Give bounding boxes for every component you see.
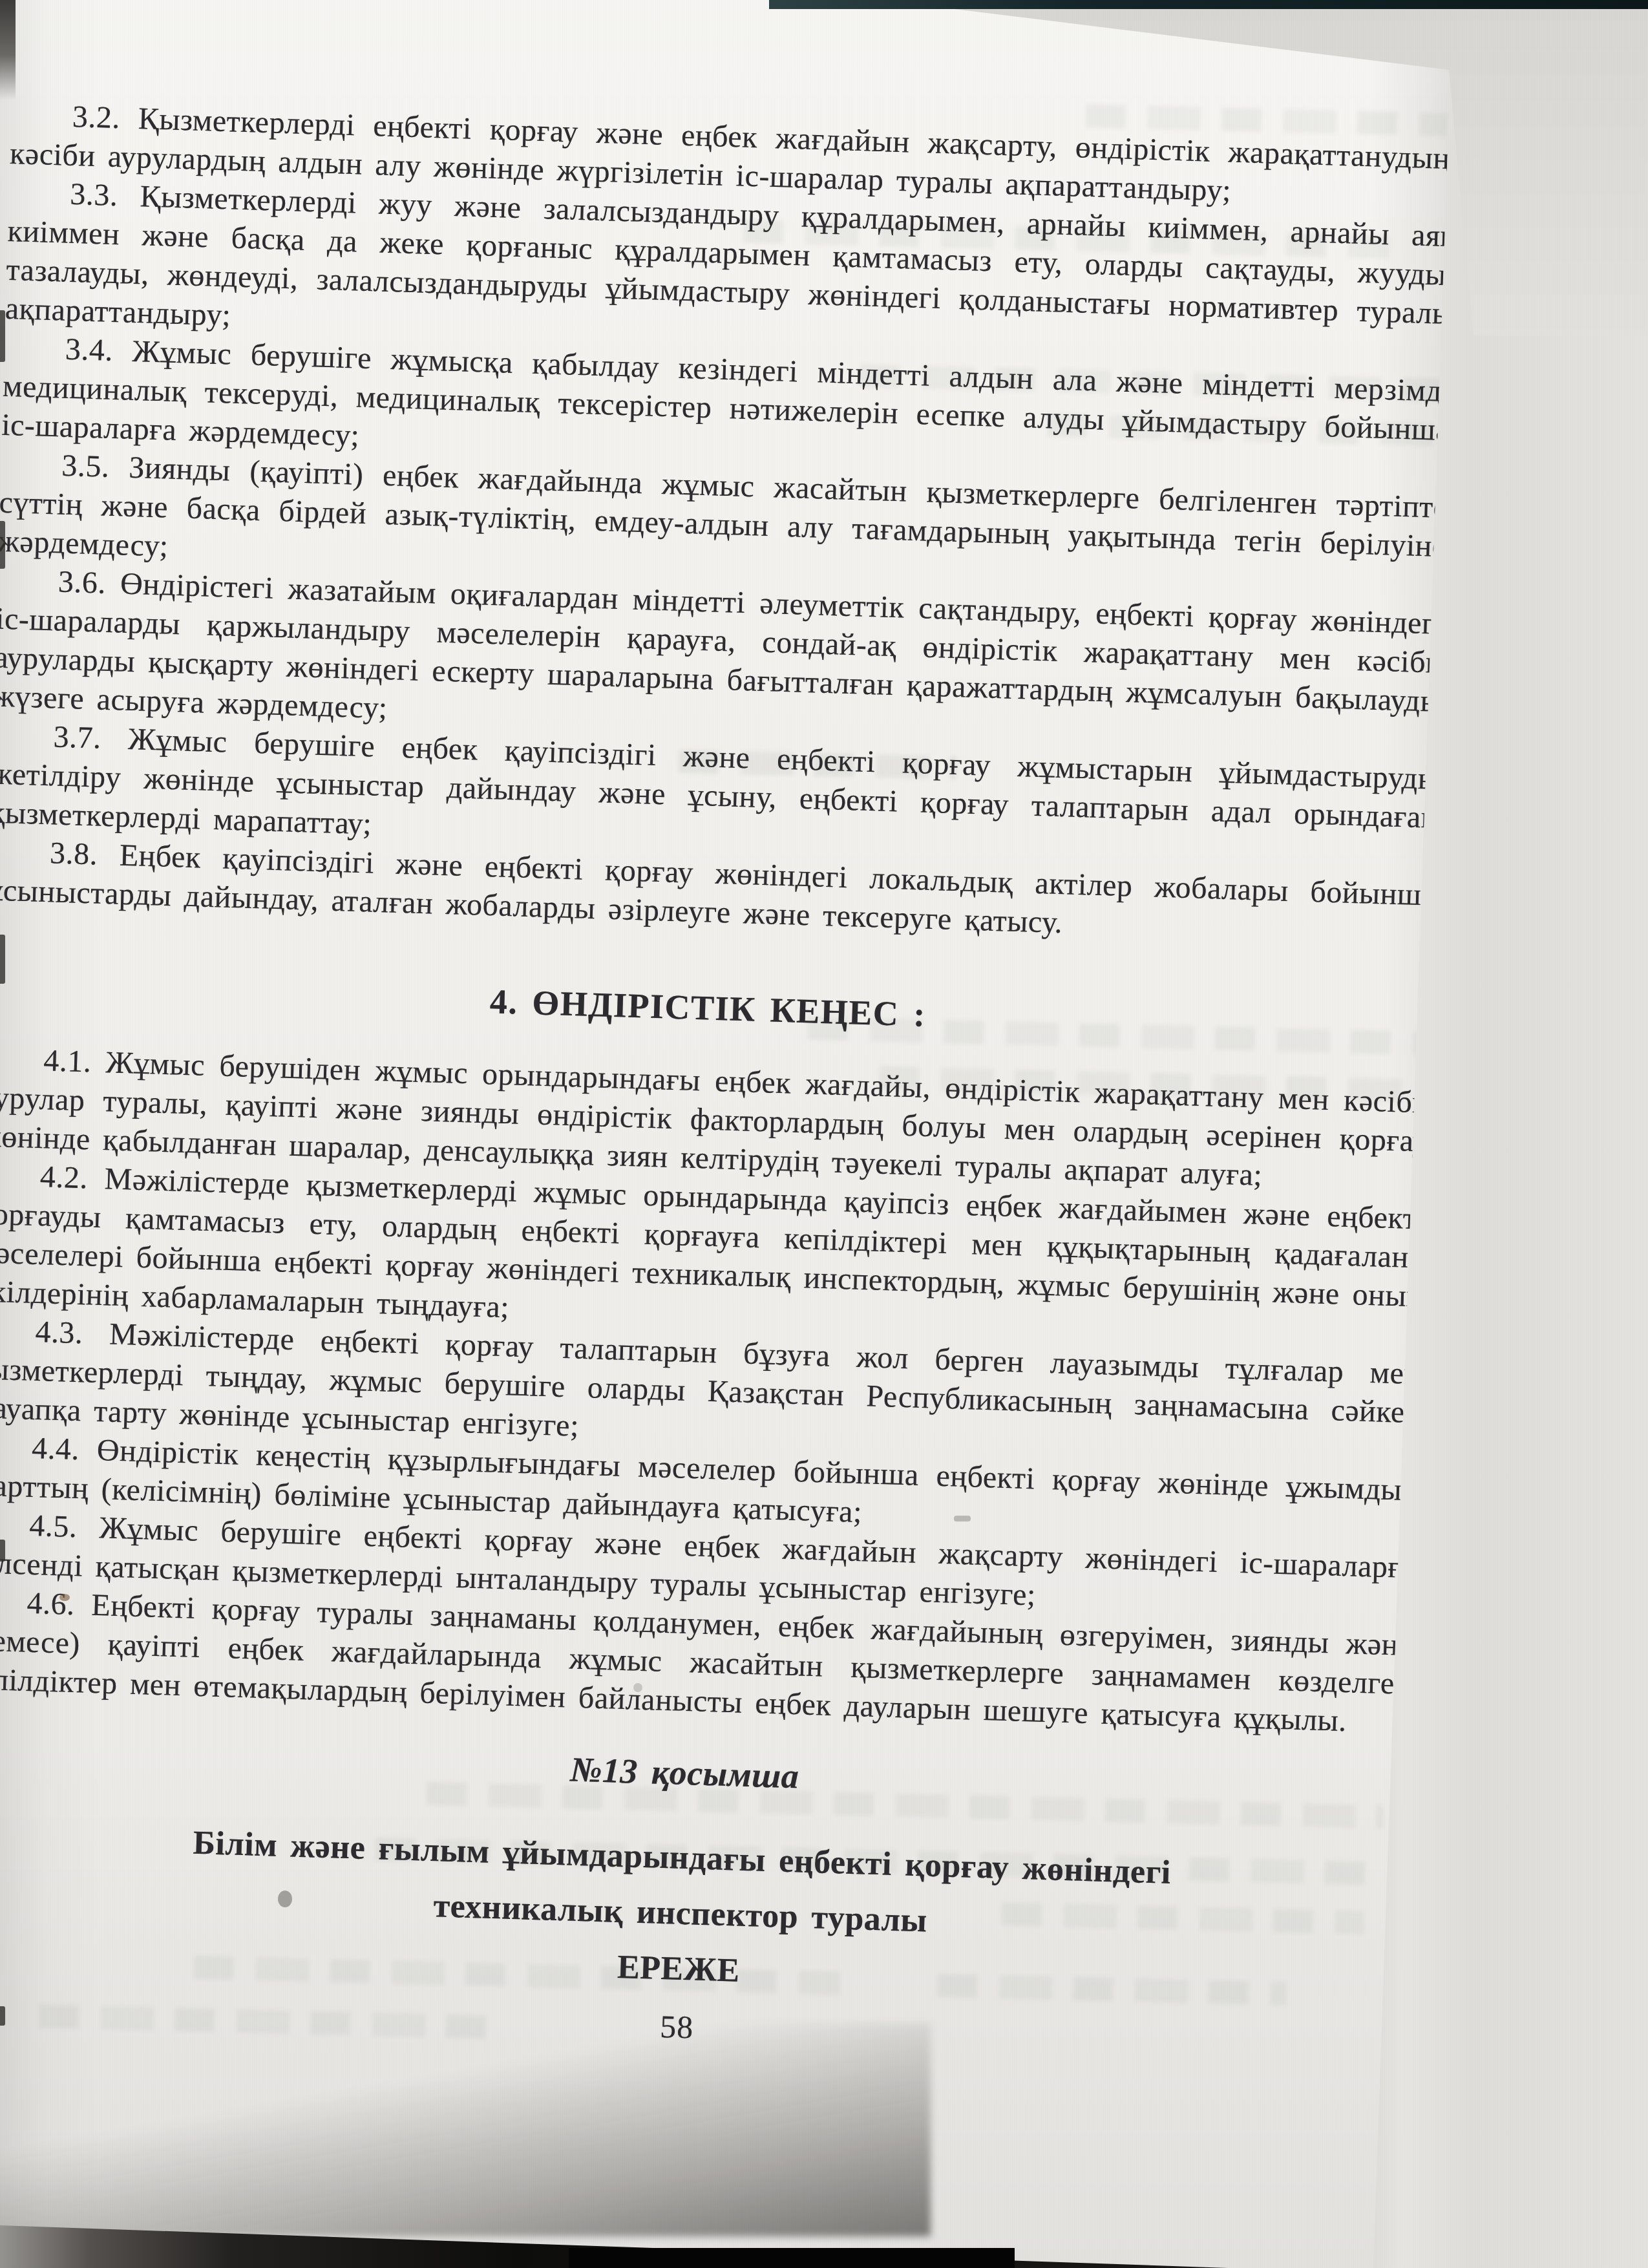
scan-edge-mark <box>0 521 5 569</box>
spine-shadow <box>0 2023 931 2236</box>
section-4-heading: 4. ӨНДІРІСТІК КЕҢЕС : <box>0 964 1432 1051</box>
scan-edge-mark <box>0 310 5 362</box>
scan-edge-mark <box>0 935 5 984</box>
scanner-lid-strip <box>769 0 1648 9</box>
scan-edge-mark <box>0 1540 5 1562</box>
appendix-title: Білім және ғылым ұйымдарындағы еңбекті қ… <box>0 1808 1406 2019</box>
document-text-column: 3.2. Қызметкерлерді еңбекті қорғау және … <box>0 96 1459 2068</box>
scanned-page-photo: 3.2. Қызметкерлерді еңбекті қорғау және … <box>0 0 1648 2268</box>
appendix-label: №13 қосымша <box>0 1730 1409 1816</box>
scan-edge-mark <box>0 2006 5 2026</box>
bottom-black-strip <box>569 2248 1015 2268</box>
scan-edge-mark <box>0 0 16 100</box>
